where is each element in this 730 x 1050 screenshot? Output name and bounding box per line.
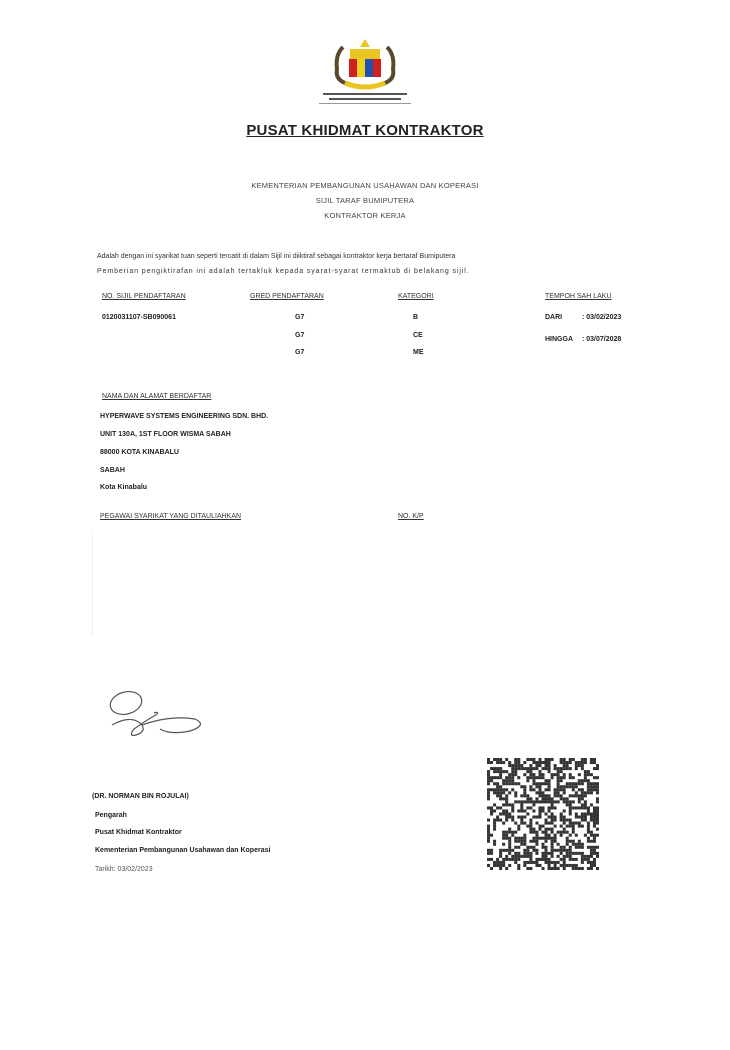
- hingga-value: : 03/07/2028: [582, 336, 621, 343]
- intro-line-1: Adalah dengan ini syarikat tuan seperti …: [97, 253, 455, 260]
- certificate-type: SIJIL TARAF BUMIPUTERA: [0, 196, 730, 205]
- dari-value: : 03/02/2023: [582, 314, 621, 321]
- officers-header: PEGAWAI SYARIKAT YANG DITAULIAHKAN: [100, 513, 241, 520]
- officers-area: [92, 535, 99, 635]
- dari-label: DARI: [545, 314, 562, 321]
- contractor-type: KONTRAKTOR KERJA: [0, 211, 730, 220]
- signature-date: Tarikh: 03/02/2023: [95, 866, 153, 873]
- ministry-name: KEMENTERIAN PEMBANGUNAN USAHAWAN DAN KOP…: [0, 181, 730, 190]
- address-header: NAMA DAN ALAMAT BERDAFTAR: [102, 393, 211, 400]
- address-line: 88000 KOTA KINABALU: [100, 449, 179, 456]
- signatory-ministry: Kementerian Pembangunan Usahawan dan Kop…: [95, 847, 270, 854]
- signature-icon: [100, 685, 210, 745]
- gred-value: G7: [295, 332, 304, 339]
- hingga-label: HINGGA: [545, 336, 573, 343]
- document-title: PUSAT KHIDMAT KONTRAKTOR: [0, 122, 730, 139]
- kategori-value: B: [413, 314, 418, 321]
- gred-value: G7: [295, 349, 304, 356]
- signatory-role: Pengarah: [95, 812, 127, 819]
- gred-value: G7: [295, 314, 304, 321]
- no-sijil-header: NO. SIJIL PENDAFTARAN: [102, 293, 186, 300]
- signatory-name: (DR. NORMAN BIN ROJULAI): [92, 793, 189, 800]
- address-line: UNIT 130A, 1ST FLOOR WISMA SABAH: [100, 431, 231, 438]
- kategori-header: KATEGORI: [398, 293, 434, 300]
- kategori-value: ME: [413, 349, 424, 356]
- address-line: Kota Kinabalu: [100, 484, 147, 491]
- address-line: SABAH: [100, 467, 125, 474]
- signatory-org: Pusat Khidmat Kontraktor: [95, 829, 182, 836]
- tempoh-header: TEMPOH SAH LAKU: [545, 293, 612, 300]
- company-name: HYPERWAVE SYSTEMS ENGINEERING SDN. BHD.: [100, 413, 268, 420]
- qr-code-icon: [487, 758, 599, 870]
- no-sijil-value: 0120031107-SB090061: [102, 314, 176, 321]
- intro-line-2: Pemberian pengiktirafan ini adalah terta…: [97, 268, 470, 275]
- gred-header: GRED PENDAFTARAN: [250, 293, 324, 300]
- kategori-value: CE: [413, 332, 423, 339]
- coat-of-arms-icon: [305, 35, 425, 110]
- kp-header: NO. K/P: [398, 513, 424, 520]
